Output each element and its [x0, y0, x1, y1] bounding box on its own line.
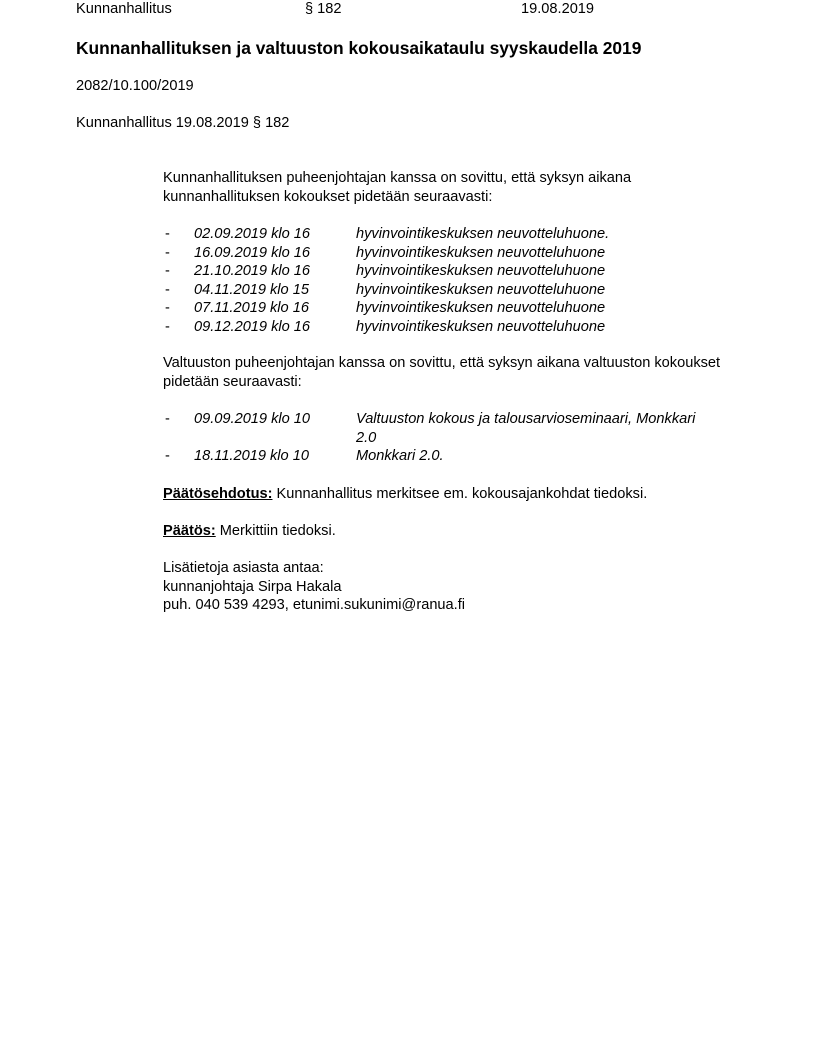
- list-item: -16.09.2019 klo 16hyvinvointikeskuksen n…: [163, 244, 723, 263]
- meeting-reference: Kunnanhallitus 19.08.2019 § 182: [76, 114, 289, 132]
- meeting-time: 09.09.2019 klo 10: [194, 410, 310, 429]
- contact-info: Lisätietoja asiasta antaa: kunnanjohtaja…: [163, 559, 723, 615]
- bullet-dash: -: [165, 244, 170, 263]
- meeting-time: 09.12.2019 klo 16: [194, 318, 310, 337]
- meeting-place: hyvinvointikeskuksen neuvotteluhuone: [356, 281, 716, 300]
- list-item: -21.10.2019 klo 16hyvinvointikeskuksen n…: [163, 262, 723, 281]
- contact-person: kunnanjohtaja Sirpa Hakala: [163, 578, 723, 597]
- bullet-dash: -: [165, 299, 170, 318]
- decision-label: Päätös:: [163, 523, 216, 539]
- board-section: Kunnanhallituksen puheenjohtajan kanssa …: [163, 169, 723, 206]
- council-section: Valtuuston puheenjohtajan kanssa on sovi…: [163, 354, 723, 391]
- bullet-dash: -: [165, 225, 170, 244]
- meeting-time: 18.11.2019 klo 10: [194, 447, 309, 466]
- list-item: -07.11.2019 klo 16hyvinvointikeskuksen n…: [163, 299, 723, 318]
- meeting-place: hyvinvointikeskuksen neuvotteluhuone: [356, 262, 716, 281]
- council-meetings-list: -09.09.2019 klo 10Valtuuston kokous ja t…: [163, 410, 723, 466]
- meeting-time: 04.11.2019 klo 15: [194, 281, 309, 300]
- bullet-dash: -: [165, 410, 170, 429]
- meeting-place: hyvinvointikeskuksen neuvotteluhuone: [356, 318, 716, 337]
- meeting-place: Valtuuston kokous ja talousarvioseminaar…: [356, 410, 716, 447]
- decision: Päätös: Merkittiin tiedoksi.: [163, 522, 723, 541]
- bullet-dash: -: [165, 318, 170, 337]
- meeting-place: hyvinvointikeskuksen neuvotteluhuone.: [356, 225, 716, 244]
- meeting-time: 16.09.2019 klo 16: [194, 244, 310, 263]
- header-organ: Kunnanhallitus: [76, 0, 172, 18]
- bullet-dash: -: [165, 281, 170, 300]
- board-intro: Kunnanhallituksen puheenjohtajan kanssa …: [163, 169, 723, 206]
- meeting-time: 21.10.2019 klo 16: [194, 262, 310, 281]
- contact-details: puh. 040 539 4293, etunimi.sukunimi@ranu…: [163, 596, 723, 615]
- page-title: Kunnanhallituksen ja valtuuston kokousai…: [76, 38, 641, 58]
- list-item: -04.11.2019 klo 15hyvinvointikeskuksen n…: [163, 281, 723, 300]
- list-item: -09.09.2019 klo 10Valtuuston kokous ja t…: [163, 410, 723, 447]
- list-item: -02.09.2019 klo 16hyvinvointikeskuksen n…: [163, 225, 723, 244]
- header-section: § 182: [305, 0, 342, 18]
- board-meetings-list: -02.09.2019 klo 16hyvinvointikeskuksen n…: [163, 225, 723, 336]
- bullet-dash: -: [165, 262, 170, 281]
- proposal: Päätösehdotus: Kunnanhallitus merkitsee …: [163, 485, 723, 504]
- decision-text: Merkittiin tiedoksi.: [216, 523, 336, 539]
- contact-intro: Lisätietoja asiasta antaa:: [163, 559, 723, 578]
- bullet-dash: -: [165, 447, 170, 466]
- meeting-time: 07.11.2019 klo 16: [194, 299, 309, 318]
- meeting-place: hyvinvointikeskuksen neuvotteluhuone: [356, 299, 716, 318]
- document-number: 2082/10.100/2019: [76, 77, 194, 95]
- header-date: 19.08.2019: [521, 0, 594, 18]
- list-item: -09.12.2019 klo 16hyvinvointikeskuksen n…: [163, 318, 723, 337]
- proposal-text: Kunnanhallitus merkitsee em. kokousajank…: [272, 486, 647, 502]
- proposal-label: Päätösehdotus:: [163, 486, 272, 502]
- meeting-place: hyvinvointikeskuksen neuvotteluhuone: [356, 244, 716, 263]
- meeting-time: 02.09.2019 klo 16: [194, 225, 310, 244]
- list-item: -18.11.2019 klo 10Monkkari 2.0.: [163, 447, 723, 466]
- meeting-place: Monkkari 2.0.: [356, 447, 716, 466]
- council-intro: Valtuuston puheenjohtajan kanssa on sovi…: [163, 354, 723, 391]
